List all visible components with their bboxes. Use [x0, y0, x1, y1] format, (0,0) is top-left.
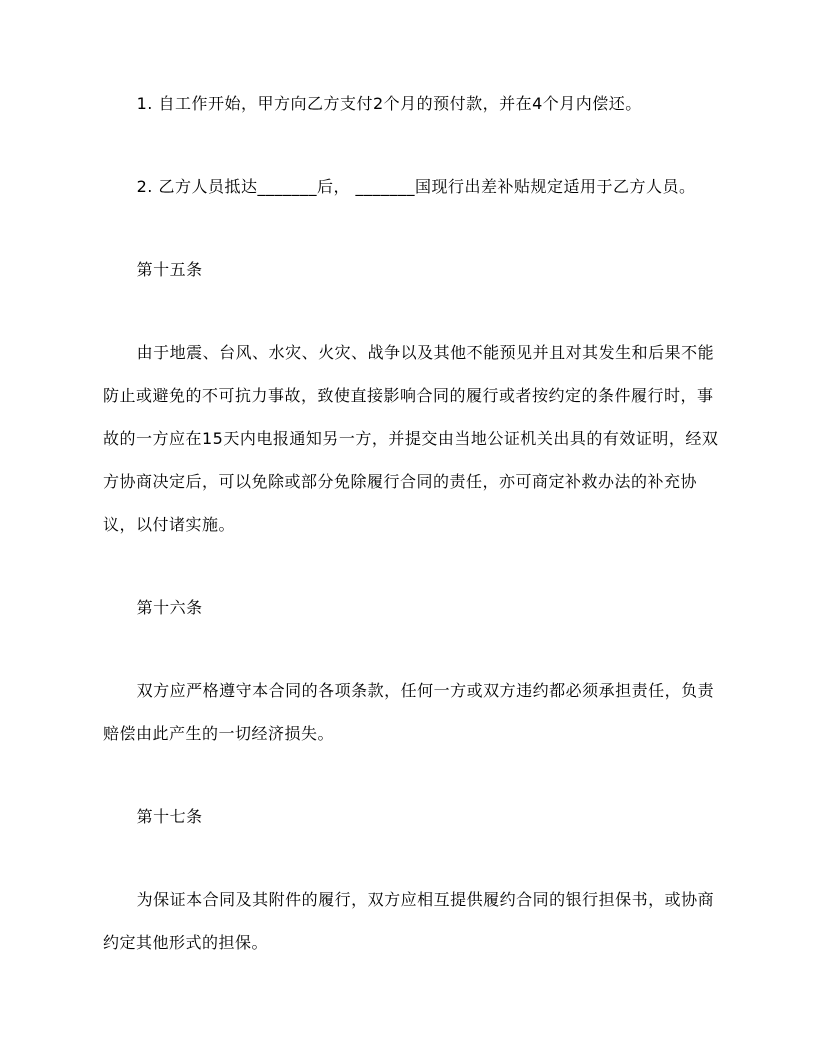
clause-item-2: 2. 乙方人员抵达_______后， _______国现行出差补贴规定适用于乙方… [103, 165, 720, 208]
article-15-heading: 第十五条 [103, 248, 720, 291]
article-15-body: 由于地震、台风、水灾、火灾、战争以及其他不能预见并且对其发生和后果不能防止或避免… [103, 331, 720, 546]
clause-item-1: 1. 自工作开始，甲方向乙方支付2个月的预付款，并在4个月内偿还。 [103, 82, 720, 125]
article-17-body: 为保证本合同及其附件的履行，双方应相互提供履约合同的银行担保书，或协商约定其他形… [103, 878, 720, 964]
article-16-body: 双方应严格遵守本合同的各项条款，任何一方或双方违约都必须承担责任，负责赔偿由此产… [103, 669, 720, 755]
article-17-heading: 第十七条 [103, 795, 720, 838]
article-16-heading: 第十六条 [103, 586, 720, 629]
contract-page: 1. 自工作开始，甲方向乙方支付2个月的预付款，并在4个月内偿还。 2. 乙方人… [0, 0, 816, 1056]
